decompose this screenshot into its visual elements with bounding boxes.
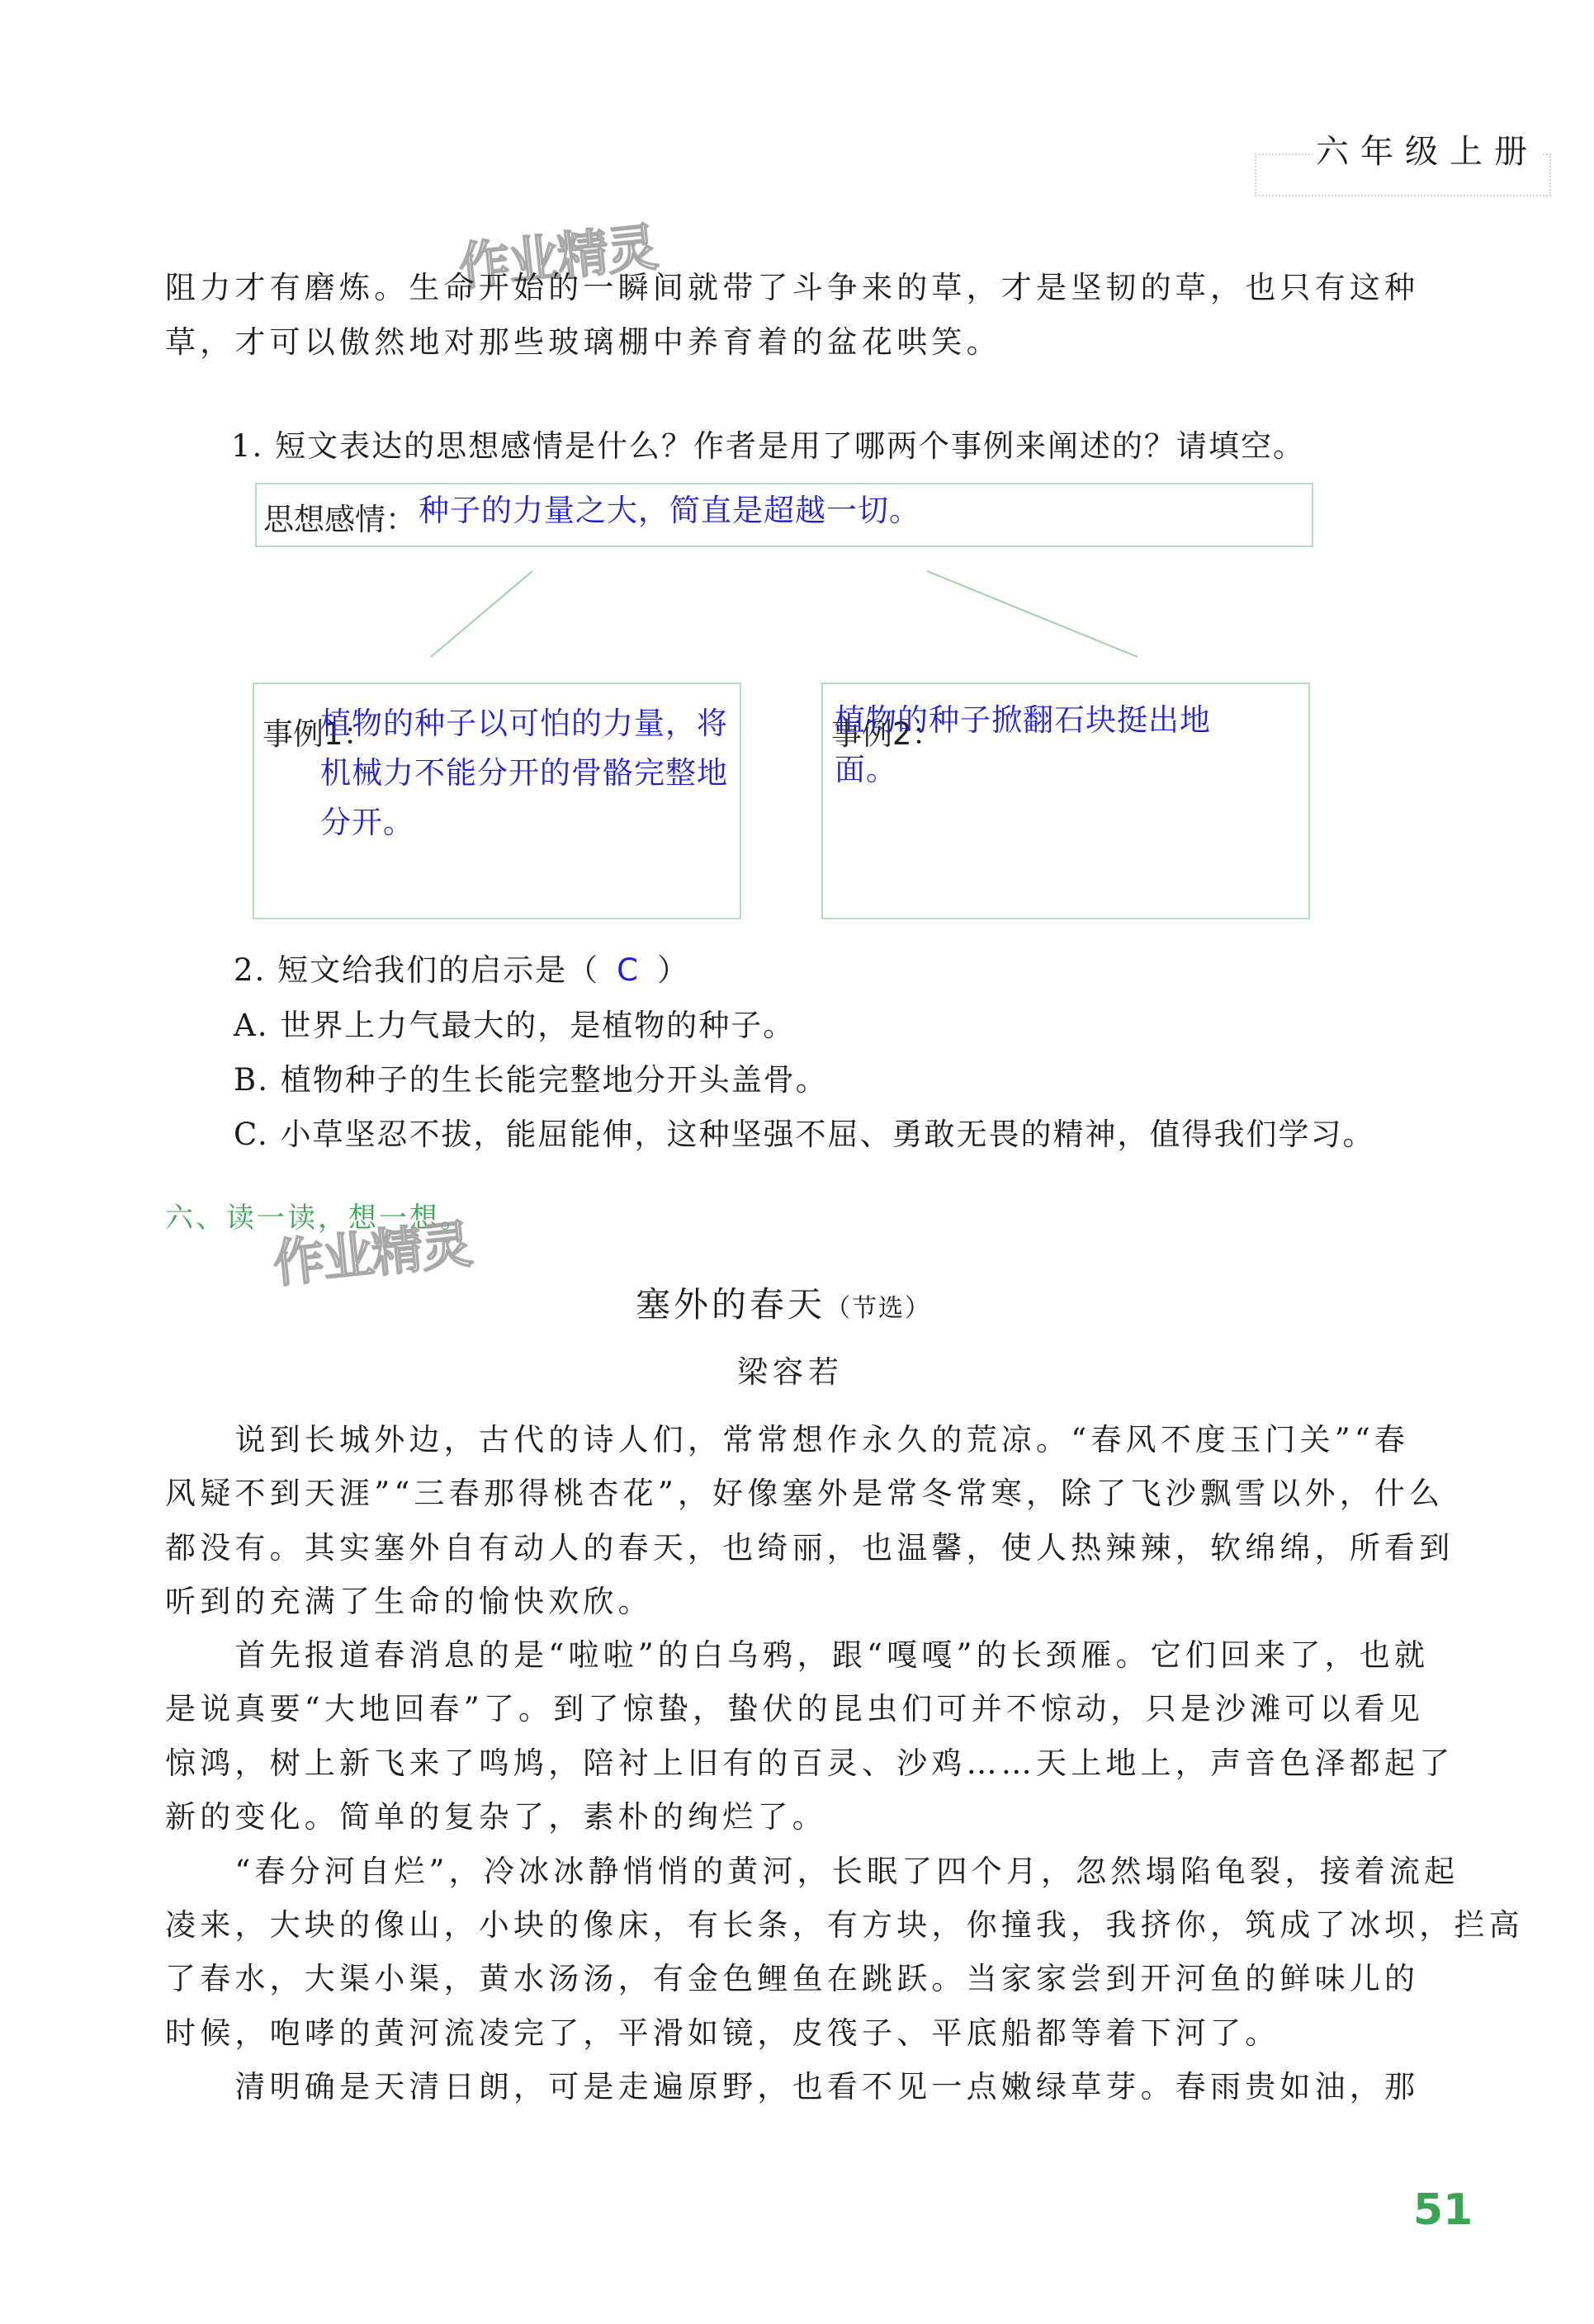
- article-line: 都没有。其实塞外自有动人的春天，也绮丽，也温馨，使人热辣辣，软绵绵，所看到: [165, 1523, 1454, 1567]
- example1-box[interactable]: 事例1： 植物的种子以可怕的力量，将 机械力不能分开的骨骼完整地 分开。: [253, 683, 741, 919]
- article-line: 时候，咆哮的黄河流凌完了，平滑如镜，皮筏子、平底船都等着下河了。: [165, 2008, 1279, 2052]
- article-line: 说到长城外边，古代的诗人们，常常想作永久的荒凉。“春风不度玉门关”“春: [165, 1415, 1409, 1459]
- article-line: 是说真要“大地回春”了。到了惊蛰，蛰伏的昆虫们可并不惊动，只是沙滩可以看见: [165, 1684, 1424, 1728]
- connector-lines: [0, 0, 1594, 743]
- article-line: 听到的充满了生命的愉快欢欣。: [165, 1576, 653, 1621]
- answer-line: 植物的种子以可怕的力量，将: [320, 699, 728, 749]
- answer-line: 面。: [835, 745, 1211, 795]
- article-line: 凌来，大块的像山，小块的像床，有长条，有方块，你撞我，我挤你，筑成了冰坝，拦高: [165, 1900, 1524, 1944]
- article-line: 了春水，大渠小渠，黄水汤汤，有金色鲤鱼在跳跃。当家家尝到开河鱼的鲜味儿的: [165, 1953, 1419, 1998]
- article-title: 塞外的春天（节选）: [636, 1278, 931, 1327]
- option-b: B. 植物种子的生长能完整地分开头盖骨。: [234, 1055, 828, 1099]
- article-line: 首先报道春消息的是“啦啦”的白乌鸦，跟“嘎嘎”的长颈雁。它们回来了，也就: [165, 1630, 1429, 1675]
- article-author: 梁容若: [737, 1347, 844, 1391]
- article-line: 新的变化。简单的复杂了，素朴的绚烂了。: [165, 1792, 827, 1836]
- example1-answer: 植物的种子以可怕的力量，将 机械力不能分开的骨骼完整地 分开。: [320, 699, 728, 848]
- example2-box[interactable]: 事例2： 植物的种子掀翻石块挺出地 面。: [821, 683, 1310, 919]
- question-2-prompt: 2. 短文给我们的启示是（C）: [234, 945, 689, 990]
- answer-line: 分开。: [320, 798, 728, 848]
- answer-line: 植物的种子掀翻石块挺出地: [835, 696, 1211, 745]
- question-2-text: 2. 短文给我们的启示是（: [234, 952, 599, 988]
- option-c: C. 小草坚忍不拔，能屈能伸，这种坚强不屈、勇敢无畏的精神，值得我们学习。: [234, 1109, 1375, 1154]
- option-a: A. 世界上力气最大的，是植物的种子。: [234, 1000, 795, 1045]
- example2-answer: 植物的种子掀翻石块挺出地 面。: [835, 696, 1211, 795]
- article-line: 清明确是天清日朗，可是走遍原野，也看不见一点嫩绿草芽。春雨贵如油，那: [165, 2062, 1419, 2106]
- article-line: 惊鸿，树上新飞来了鸣鸠，陪衬上旧有的百灵、沙鸡……天上地上，声音色泽都起了: [165, 1738, 1454, 1783]
- question-2-answer[interactable]: C: [599, 952, 657, 988]
- page-number: 51: [1413, 2185, 1473, 2235]
- article-title-note: （节选）: [825, 1294, 931, 1323]
- question-2-close: ）: [657, 952, 689, 988]
- article-title-text: 塞外的春天: [636, 1284, 825, 1325]
- article-line: 风疑不到天涯”“三春那得桃杏花”，好像塞外是常冬常寒，除了飞沙飘雪以外，什么: [165, 1468, 1444, 1513]
- answer-line: 机械力不能分开的骨骼完整地: [320, 749, 728, 798]
- article-line: “春分河自烂”，冷冰冰静悄悄的黄河，长眠了四个月，忽然塌陷龟裂，接着流起: [165, 1846, 1459, 1891]
